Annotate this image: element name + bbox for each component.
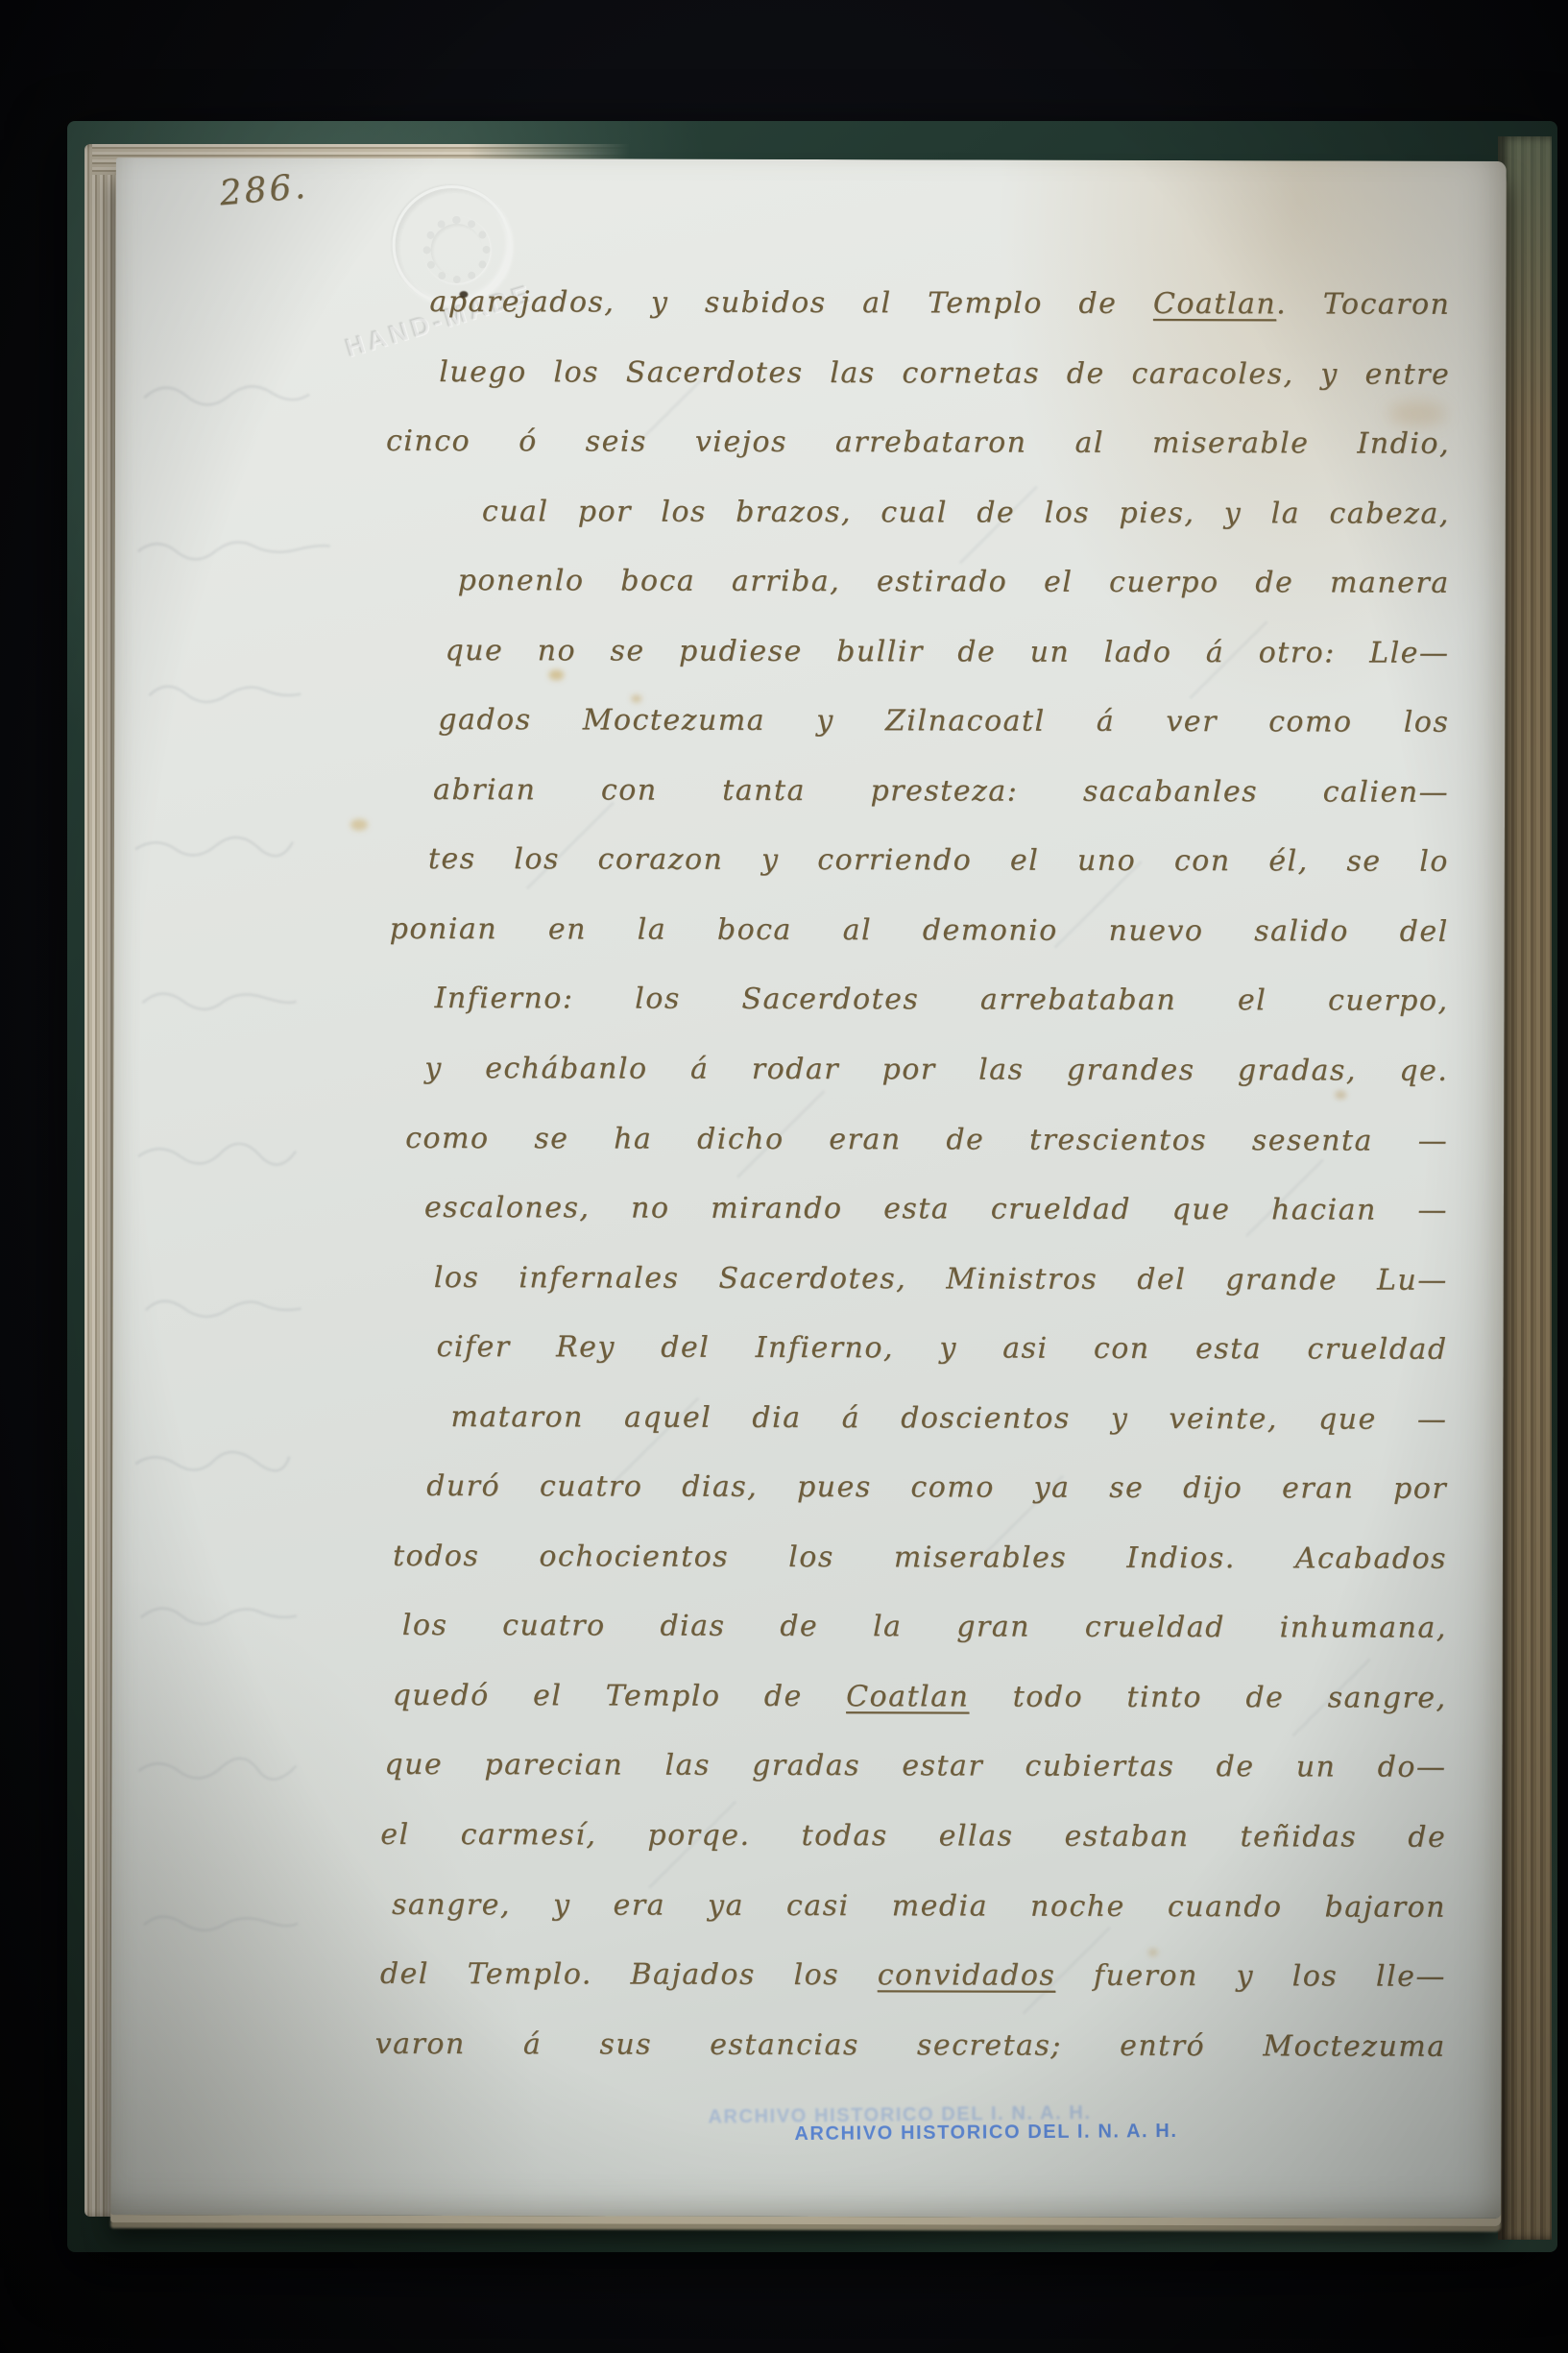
manuscript-line: quedó el Templo de Coatlan todo tinto de… <box>373 1669 1446 1741</box>
underlined-word: Coatlan <box>1153 287 1276 321</box>
foxing-spot <box>548 669 564 680</box>
foxing-spot <box>1148 1949 1158 1956</box>
manuscript-line: varon á sus estancias secretas; entró Mo… <box>373 2017 1446 2089</box>
foxing-spot <box>1335 1090 1346 1099</box>
manuscript-line: mataron aquel dia á doscientos y veinte,… <box>374 1391 1447 1463</box>
manuscript-line: abrian con tanta presteza: sacabanles ca… <box>375 764 1449 836</box>
manuscript-line: del Templo. Bajados los convidados fuero… <box>373 1948 1446 2020</box>
manuscript-line: cinco ó seis viejos arrebataron al miser… <box>376 415 1450 487</box>
manuscript-line: tes los corazon y corriendo el uno con é… <box>375 833 1449 905</box>
foxing-spot <box>350 819 368 831</box>
manuscript-line: que no se pudiese bullir de un lado á ot… <box>375 624 1449 696</box>
manuscript-line: luego los Sacerdotes las cornetas de car… <box>376 345 1450 417</box>
manuscript-line: los infernales Sacerdotes, Ministros del… <box>374 1250 1448 1322</box>
ink-blot <box>459 291 468 298</box>
manuscript-line: los cuatro dias de la gran crueldad inhu… <box>374 1599 1447 1671</box>
manuscript-text: aparejados, y subidos al Templo de Coatl… <box>373 276 1451 2090</box>
manuscript-line: el carmesí, porqe. todas ellas estaban t… <box>373 1808 1446 1880</box>
page-number: 286. <box>218 170 309 212</box>
seal-inner-ring-icon <box>422 216 490 283</box>
manuscript-line: cual por los brazos, cual de los pies, y… <box>376 484 1450 556</box>
manuscript-line: todos ochocientos los miserables Indios.… <box>374 1530 1447 1602</box>
book-fore-edge <box>1498 136 1552 2240</box>
underlined-word: convidados <box>878 1958 1056 1992</box>
manuscript-line: cifer Rey del Infierno, y asi con esta c… <box>374 1321 1447 1393</box>
manuscript-line: aparejados, y subidos al Templo de Coatl… <box>376 276 1450 348</box>
manuscript-page: 286. HAND-MADE <box>110 158 1507 2219</box>
manuscript-line: ponian en la boca al demonio nuevo salid… <box>375 903 1449 975</box>
manuscript-line: que parecian las gradas estar cubiertas … <box>373 1738 1446 1810</box>
manuscript-line: Infierno: los Sacerdotes arrebataban el … <box>374 972 1448 1044</box>
manuscript-line: como se ha dicho eran de trescientos ses… <box>374 1111 1448 1183</box>
manuscript-line: y echábanlo á rodar por las grandes grad… <box>374 1042 1448 1114</box>
foxing-spot <box>631 695 641 703</box>
manuscript-line: sangre, y era ya casi media noche cuando… <box>373 1878 1446 1950</box>
manuscript-line: duró cuatro dias, pues como ya se dijo e… <box>374 1460 1447 1532</box>
photo-background: 286. HAND-MADE <box>0 0 1568 2353</box>
manuscript-line: ponenlo boca arriba, estirado el cuerpo … <box>376 554 1450 626</box>
manuscript-line: escalones, no mirando esta crueldad que … <box>374 1181 1448 1253</box>
foxing-spot <box>1388 401 1446 426</box>
manuscript-line: gados Moctezuma y Zilnacoatl á ver como … <box>375 693 1449 765</box>
underlined-word: Coatlan <box>846 1680 969 1713</box>
archive-stamp: ARCHIVO HISTORICO DEL I. N. A. H. <box>794 2122 1177 2144</box>
